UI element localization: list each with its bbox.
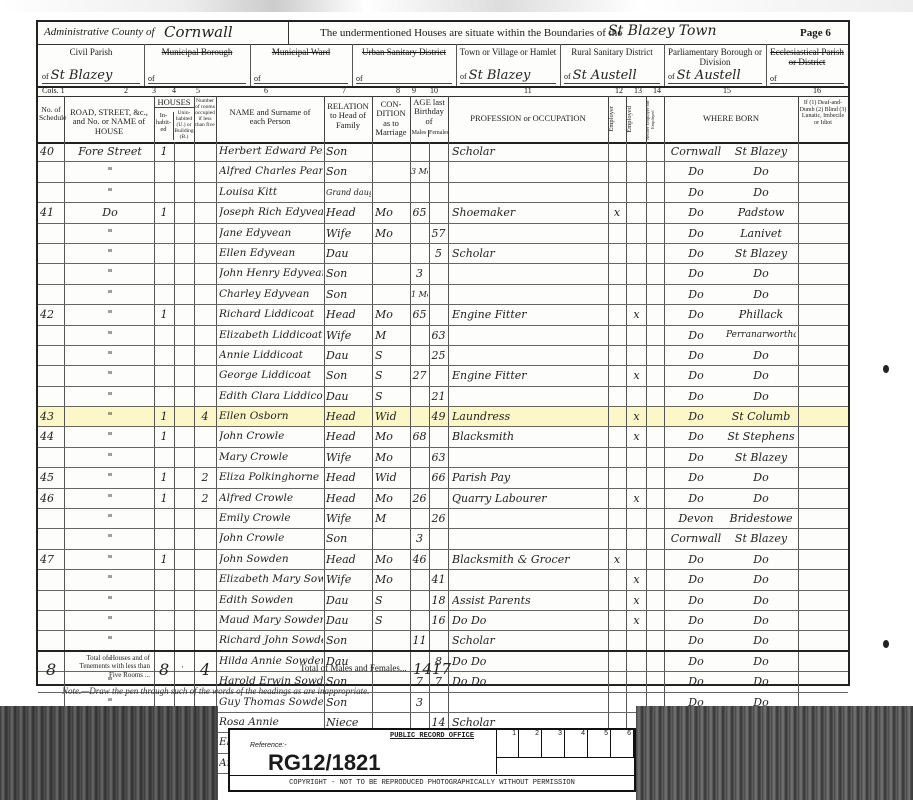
boundary-value: St Blazey Town — [608, 23, 716, 39]
column-rule — [664, 407, 665, 426]
column-rule — [372, 427, 373, 446]
column-rule — [626, 427, 627, 446]
employer-cell — [609, 264, 625, 283]
column-rule — [324, 591, 325, 610]
column-rule — [174, 489, 175, 508]
employer-cell — [609, 468, 625, 487]
column-rule — [324, 407, 325, 426]
occupation-cell — [452, 570, 606, 589]
age-female-cell — [430, 529, 447, 548]
column-rule — [798, 509, 799, 528]
age-male-cell — [411, 224, 428, 243]
column-rule — [154, 591, 155, 610]
occupation-cell — [452, 183, 606, 202]
column-rule — [174, 509, 175, 528]
column-rule — [448, 693, 449, 712]
column-rule — [646, 407, 647, 426]
column-rule — [448, 427, 449, 446]
born-county-cell: Do — [668, 489, 724, 508]
age-female-cell — [430, 162, 447, 181]
column-rule — [448, 550, 449, 569]
column-rule — [174, 162, 175, 181]
table-row: "Richard John SowdenSon11ScholarDoDo — [38, 631, 848, 651]
column-rule — [154, 509, 155, 528]
column-rule — [216, 407, 217, 426]
relation-cell: Wife — [326, 570, 371, 589]
age-female-cell — [430, 264, 447, 283]
age-male-cell — [411, 591, 428, 610]
person-name-cell: John Crowle — [219, 529, 323, 548]
person-name-cell: Alfred Crowle — [219, 489, 323, 508]
born-place-cell: St Blazey — [726, 448, 796, 467]
occupation-cell — [452, 448, 606, 467]
schedule-cell — [40, 631, 62, 650]
schedule-cell — [40, 529, 62, 548]
employer-cell: x — [609, 203, 625, 222]
relation-cell: Son — [326, 142, 371, 161]
column-rule — [174, 366, 175, 385]
schedule-cell: 45 — [40, 468, 62, 487]
born-place-cell: St Blazey — [726, 244, 796, 263]
column-rule — [64, 468, 65, 487]
column-rule — [154, 611, 155, 630]
column-rule — [372, 387, 373, 406]
employed-cell: x — [628, 366, 645, 385]
occupation-cell: Engine Fitter — [452, 305, 606, 324]
schedule-cell — [40, 326, 62, 345]
inhabited-cell — [156, 244, 172, 263]
inhabited-cell — [156, 631, 172, 650]
age-female-cell — [430, 285, 447, 304]
born-county-cell: Do — [668, 264, 724, 283]
column-rule — [646, 611, 647, 630]
column-rule — [664, 305, 665, 324]
column-rule — [448, 366, 449, 385]
condition-cell: S — [375, 387, 409, 406]
relation-cell: Head — [326, 427, 371, 446]
rooms-cell — [196, 346, 214, 365]
col-num: 12 — [615, 86, 623, 95]
column-rule — [626, 570, 627, 589]
rooms-cell — [196, 550, 214, 569]
column-rule — [798, 224, 799, 243]
table-row: 45"12Eliza PolkinghorneHeadWid66Parish P… — [38, 468, 848, 488]
column-rule — [174, 224, 175, 243]
field-value: of — [356, 74, 452, 84]
age-female-cell: 57 — [430, 224, 447, 243]
column-rule — [216, 224, 217, 243]
column-rule — [194, 611, 195, 630]
column-rule — [646, 387, 647, 406]
born-place-cell: Perranarworthal — [726, 326, 796, 345]
column-rule — [626, 183, 627, 202]
born-place-cell: Do — [726, 346, 796, 365]
column-rule — [154, 305, 155, 324]
column-rule — [216, 570, 217, 589]
employed-cell: x — [628, 570, 645, 589]
col-num: 14 — [653, 86, 661, 95]
column-rule — [154, 529, 155, 548]
hdr-infirmity: If (1) Deaf-and-Dumb (2) Blind (3) Lunat… — [798, 96, 848, 142]
column-rule — [448, 631, 449, 650]
column-rule — [174, 244, 175, 263]
column-rule — [646, 285, 647, 304]
rooms-cell — [196, 631, 214, 650]
born-county-cell: Do — [668, 346, 724, 365]
col-num: Cols. 1 — [42, 86, 65, 95]
rooms-cell — [196, 305, 214, 324]
born-place-cell: Do — [726, 611, 796, 630]
born-county-cell: Do — [668, 427, 724, 446]
age-female-cell: 63 — [430, 326, 447, 345]
column-rule — [448, 570, 449, 589]
inhabited-cell — [156, 591, 172, 610]
inhabited-cell — [156, 183, 172, 202]
column-rule — [664, 244, 665, 263]
born-place-cell: Do — [726, 631, 796, 650]
footnote: Note.—Draw the pen through such of the w… — [62, 686, 369, 696]
table-row: "John Henry EdyveanSon3DoDo — [38, 264, 848, 284]
column-rule — [646, 346, 647, 365]
column-rule — [448, 509, 449, 528]
column-rule — [194, 427, 195, 446]
rooms-cell — [196, 387, 214, 406]
condition-cell — [375, 183, 409, 202]
condition-cell — [375, 142, 409, 161]
column-rule — [216, 142, 217, 161]
column-rule — [664, 427, 665, 446]
column-rule — [646, 448, 647, 467]
employed-cell — [628, 387, 645, 406]
col-num: 3 — [152, 86, 156, 95]
column-rule — [448, 346, 449, 365]
age-female-cell: 49 — [430, 407, 447, 426]
column-rule — [448, 224, 449, 243]
page-number: Page 6 — [800, 27, 831, 39]
column-rule — [216, 529, 217, 548]
relation-cell: Son — [326, 162, 371, 181]
column-rule — [626, 244, 627, 263]
person-name-cell: Richard Liddicoat — [219, 305, 323, 324]
column-rule — [216, 305, 217, 324]
column-rule — [64, 264, 65, 283]
col-num: 16 — [813, 86, 821, 95]
column-rule — [154, 162, 155, 181]
born-place-cell: St Blazey — [726, 142, 796, 161]
age-male-cell: 65 — [411, 203, 428, 222]
born-place-cell: Padstow — [726, 203, 796, 222]
column-rule — [798, 591, 799, 610]
age-male-cell — [411, 326, 428, 345]
table-row: "Elizabeth Mary SowdenWifeMo41xDoDo — [38, 570, 848, 590]
occupation-cell: Laundress — [452, 407, 606, 426]
rooms-cell — [196, 142, 214, 161]
column-rule — [664, 203, 665, 222]
born-county-cell: Do — [668, 326, 724, 345]
field-label: Rural Sanitary District — [560, 47, 664, 57]
employed-cell: x — [628, 427, 645, 446]
field-label: Municipal Ward — [250, 47, 352, 57]
age-female-cell: 16 — [430, 611, 447, 630]
column-rule — [216, 244, 217, 263]
road-cell: " — [68, 285, 152, 304]
employer-cell — [609, 285, 625, 304]
road-cell: " — [68, 550, 152, 569]
column-rule — [194, 346, 195, 365]
column-rule — [448, 468, 449, 487]
column-rule — [798, 427, 799, 446]
inhabited-cell: 1 — [156, 203, 172, 222]
column-rule — [64, 509, 65, 528]
ruler-mark: 2 — [519, 730, 542, 757]
scan-edge — [0, 0, 913, 12]
sheet-header: Administrative County of Cornwall The un… — [38, 22, 848, 45]
table-row: "Annie LiddicoatDauS25DoDo — [38, 346, 848, 366]
road-cell: " — [68, 468, 152, 487]
road-cell: " — [68, 407, 152, 426]
column-rule — [324, 285, 325, 304]
column-rule — [626, 224, 627, 243]
age-male-cell — [411, 509, 428, 528]
column-rule — [216, 387, 217, 406]
born-county-cell: Do — [668, 162, 724, 181]
condition-cell — [375, 631, 409, 650]
column-rule — [664, 489, 665, 508]
column-rule — [646, 142, 647, 161]
total-females: 17 — [432, 660, 451, 678]
inhabited-cell — [156, 346, 172, 365]
employed-cell — [628, 550, 645, 569]
table-row: 44"1John CrowleHeadMo68BlacksmithxDoSt S… — [38, 427, 848, 447]
column-rule — [154, 570, 155, 589]
column-rule — [174, 468, 175, 487]
employed-cell — [628, 162, 645, 181]
occupation-cell: Shoemaker — [452, 203, 606, 222]
column-rule — [646, 427, 647, 446]
person-name-cell: Richard John Sowden — [219, 631, 323, 650]
born-place-cell: Do — [726, 387, 796, 406]
table-row: "Maud Mary SowdenDauS16Do DoxDoDo — [38, 611, 848, 631]
field-value: of — [254, 74, 348, 84]
employer-cell — [609, 366, 625, 385]
schedule-cell — [40, 162, 62, 181]
schedule-cell — [40, 570, 62, 589]
column-rule — [646, 326, 647, 345]
condition-cell: Mo — [375, 203, 409, 222]
rooms-cell: 4 — [196, 407, 214, 426]
column-rule — [174, 346, 175, 365]
column-rule — [626, 631, 627, 650]
column-rule — [372, 366, 373, 385]
born-county-cell: Do — [668, 468, 724, 487]
condition-cell: S — [375, 346, 409, 365]
punch-hole — [883, 365, 889, 373]
relation-cell: Son — [326, 631, 371, 650]
born-county-cell: Do — [668, 244, 724, 263]
condition-cell: Mo — [375, 224, 409, 243]
age-male-cell: 1 Mo — [411, 285, 428, 304]
road-cell: " — [68, 631, 152, 650]
column-rule — [154, 631, 155, 650]
relation-cell: Dau — [326, 244, 371, 263]
column-rule — [664, 529, 665, 548]
column-rule — [174, 591, 175, 610]
column-rule — [194, 509, 195, 528]
column-rule — [798, 183, 799, 202]
table-row: "Edith Clara LiddicoatDauS21DoDo — [38, 387, 848, 407]
column-rule — [64, 346, 65, 365]
column-rule — [194, 244, 195, 263]
table-row: "George LiddicoatSonS27Engine FitterxDoD… — [38, 366, 848, 386]
relation-cell: Son — [326, 366, 371, 385]
field-value: of St Blazey — [460, 68, 556, 84]
column-rule — [216, 448, 217, 467]
column-rule — [448, 183, 449, 202]
col-num: 11 — [524, 86, 532, 95]
total-uninhabited: · — [181, 662, 184, 672]
column-rule — [448, 244, 449, 263]
column-rule — [64, 366, 65, 385]
column-rule — [626, 611, 627, 630]
column-rule — [798, 366, 799, 385]
employer-cell — [609, 631, 625, 650]
column-rule — [324, 264, 325, 283]
born-county-cell: Devon — [668, 509, 724, 528]
column-rule — [324, 529, 325, 548]
column-rule — [798, 407, 799, 426]
column-rule — [324, 631, 325, 650]
rooms-cell — [196, 326, 214, 345]
column-rule — [798, 142, 799, 161]
age-male-cell — [411, 611, 428, 630]
column-rule — [646, 509, 647, 528]
age-female-cell: 63 — [430, 448, 447, 467]
column-rule — [194, 203, 195, 222]
column-rule — [798, 611, 799, 630]
column-rule — [174, 529, 175, 548]
inhabited-cell — [156, 264, 172, 283]
column-rule — [626, 162, 627, 181]
col-num: 15 — [723, 86, 731, 95]
public-record-office-label: PUBLIC RECORD OFFICE — [390, 732, 474, 740]
rooms-cell — [196, 264, 214, 283]
column-rule — [64, 285, 65, 304]
age-male-cell: 65 — [411, 305, 428, 324]
column-rule — [64, 489, 65, 508]
column-rule — [372, 489, 373, 508]
age-female-cell — [430, 183, 447, 202]
schedule-cell — [40, 224, 62, 243]
hdr-occupation: PROFESSION or OCCUPATION — [448, 96, 609, 142]
column-rule — [626, 203, 627, 222]
age-male-cell — [411, 183, 428, 202]
column-rule — [174, 611, 175, 630]
column-rule — [194, 387, 195, 406]
column-rule — [194, 448, 195, 467]
county-value: Cornwall — [164, 23, 233, 41]
column-rule — [64, 631, 65, 650]
table-row: "Louisa KittGrand daughterDoDo — [38, 183, 848, 203]
column-rule — [154, 264, 155, 283]
column-rule — [154, 203, 155, 222]
column-rule — [798, 387, 799, 406]
inhabited-cell: 1 — [156, 142, 172, 161]
field-ecclesiastical: Ecclesiastical Parish or District of — [766, 44, 848, 86]
relation-cell: Grand daughter — [326, 183, 371, 202]
schedule-cell — [40, 509, 62, 528]
column-rule — [324, 183, 325, 202]
column-rule — [194, 529, 195, 548]
rooms-cell — [196, 427, 214, 446]
column-rule — [174, 407, 175, 426]
table-row: 42"1Richard LiddicoatHeadMo65Engine Fitt… — [38, 305, 848, 325]
column-rule — [194, 366, 195, 385]
column-rule — [448, 387, 449, 406]
table-row: 43"14Ellen OsbornHeadWid49LaundressxDoSt… — [38, 407, 848, 427]
column-rule — [174, 264, 175, 283]
column-rule — [448, 162, 449, 181]
inhabited-cell: 1 — [156, 427, 172, 446]
schedule-cell: 41 — [40, 203, 62, 222]
born-place-cell: Do — [726, 550, 796, 569]
column-rule — [664, 142, 665, 161]
born-place-cell: Phillack — [726, 305, 796, 324]
column-rule — [664, 570, 665, 589]
hdr-employer: Employer — [608, 96, 627, 142]
field-town-village: Town or Village or Hamlet of St Blazey — [456, 44, 561, 86]
road-cell: Fore Street — [68, 142, 152, 161]
reference-code: RG12/1821 — [268, 750, 381, 776]
person-name-cell: Annie Liddicoat — [219, 346, 323, 365]
employer-cell — [609, 305, 625, 324]
column-rule — [174, 448, 175, 467]
column-rule — [154, 387, 155, 406]
schedule-cell — [40, 285, 62, 304]
column-rule — [154, 244, 155, 263]
column-rule — [372, 631, 373, 650]
column-rule — [372, 264, 373, 283]
schedule-cell: 42 — [40, 305, 62, 324]
schedule-cell: 47 — [40, 550, 62, 569]
rooms-cell — [196, 244, 214, 263]
column-rule — [216, 346, 217, 365]
condition-cell: S — [375, 366, 409, 385]
condition-cell — [375, 264, 409, 283]
condition-cell: M — [375, 509, 409, 528]
relation-cell: Head — [326, 468, 371, 487]
person-name-cell: John Crowle — [219, 427, 323, 446]
occupation-cell: Blacksmith — [452, 427, 606, 446]
column-rule — [216, 326, 217, 345]
age-male-cell: 27 — [411, 366, 428, 385]
occupation-cell: Do Do — [452, 611, 606, 630]
field-value: of — [770, 74, 844, 84]
age-female-cell — [430, 550, 447, 569]
column-rule — [64, 407, 65, 426]
road-cell: " — [68, 326, 152, 345]
employer-cell — [609, 224, 625, 243]
column-rule — [216, 285, 217, 304]
born-place-cell: Do — [726, 162, 796, 181]
copyright-notice: COPYRIGHT - NOT TO BE REPRODUCED PHOTOGR… — [230, 775, 634, 790]
age-male-cell — [411, 407, 428, 426]
column-rule — [174, 305, 175, 324]
hdr-neither: Neither Employer nor Employed — [646, 96, 665, 142]
occupation-cell — [452, 326, 606, 345]
employer-cell — [609, 346, 625, 365]
condition-cell — [375, 162, 409, 181]
column-rule — [626, 550, 627, 569]
